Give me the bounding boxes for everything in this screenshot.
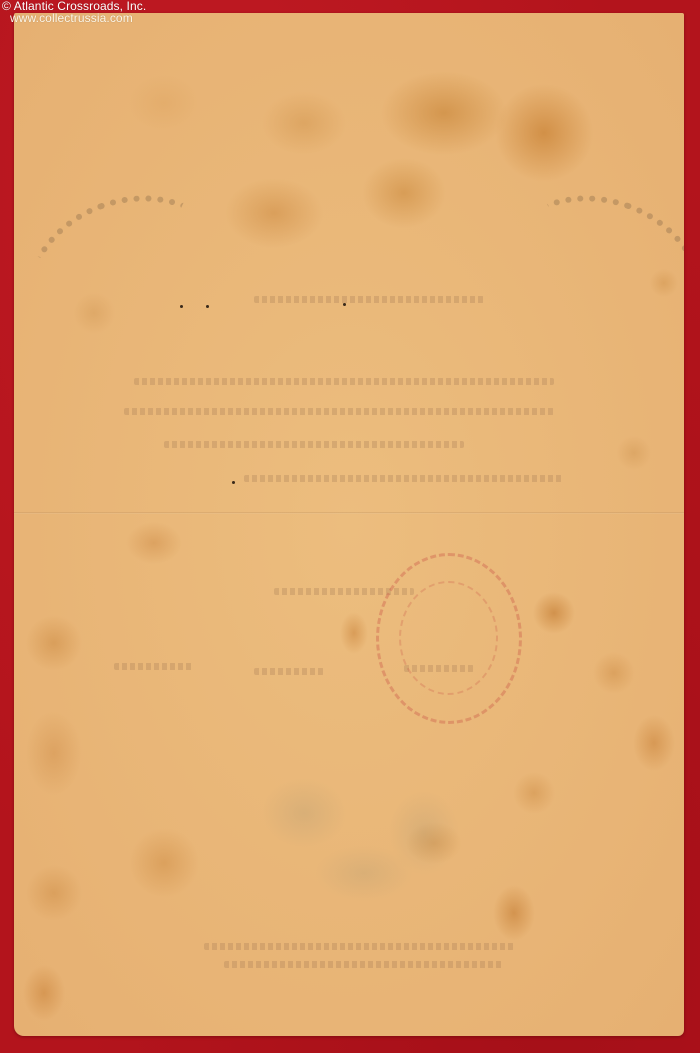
ink-dot	[343, 303, 346, 306]
bleed-through-line	[124, 408, 554, 415]
ink-dot	[232, 481, 235, 484]
ornament-left-icon	[14, 167, 259, 401]
bleed-through-line	[164, 441, 464, 448]
document-paper: Reverse side of aged Soviet-era paper do…	[14, 13, 684, 1036]
bleed-through-footer	[224, 961, 504, 968]
emblem-bleed-through-icon	[234, 743, 494, 903]
bleed-through-footer	[204, 943, 514, 950]
bleed-through-line	[244, 475, 564, 482]
bleed-through-line	[134, 378, 554, 385]
bleed-through-line	[114, 663, 194, 670]
bleed-through-title	[254, 296, 484, 303]
bleed-through-line	[254, 668, 324, 675]
ornament-right-icon	[471, 167, 684, 401]
red-stamp-icon	[376, 553, 522, 724]
ink-dot	[206, 305, 209, 308]
fold-crease	[14, 512, 684, 514]
watermark-url: www.collectrussia.com	[2, 12, 146, 24]
copyright-watermark: © Atlantic Crossroads, Inc. www.collectr…	[2, 0, 146, 24]
ink-dot	[180, 305, 183, 308]
stamp-inner-ring	[399, 581, 498, 695]
